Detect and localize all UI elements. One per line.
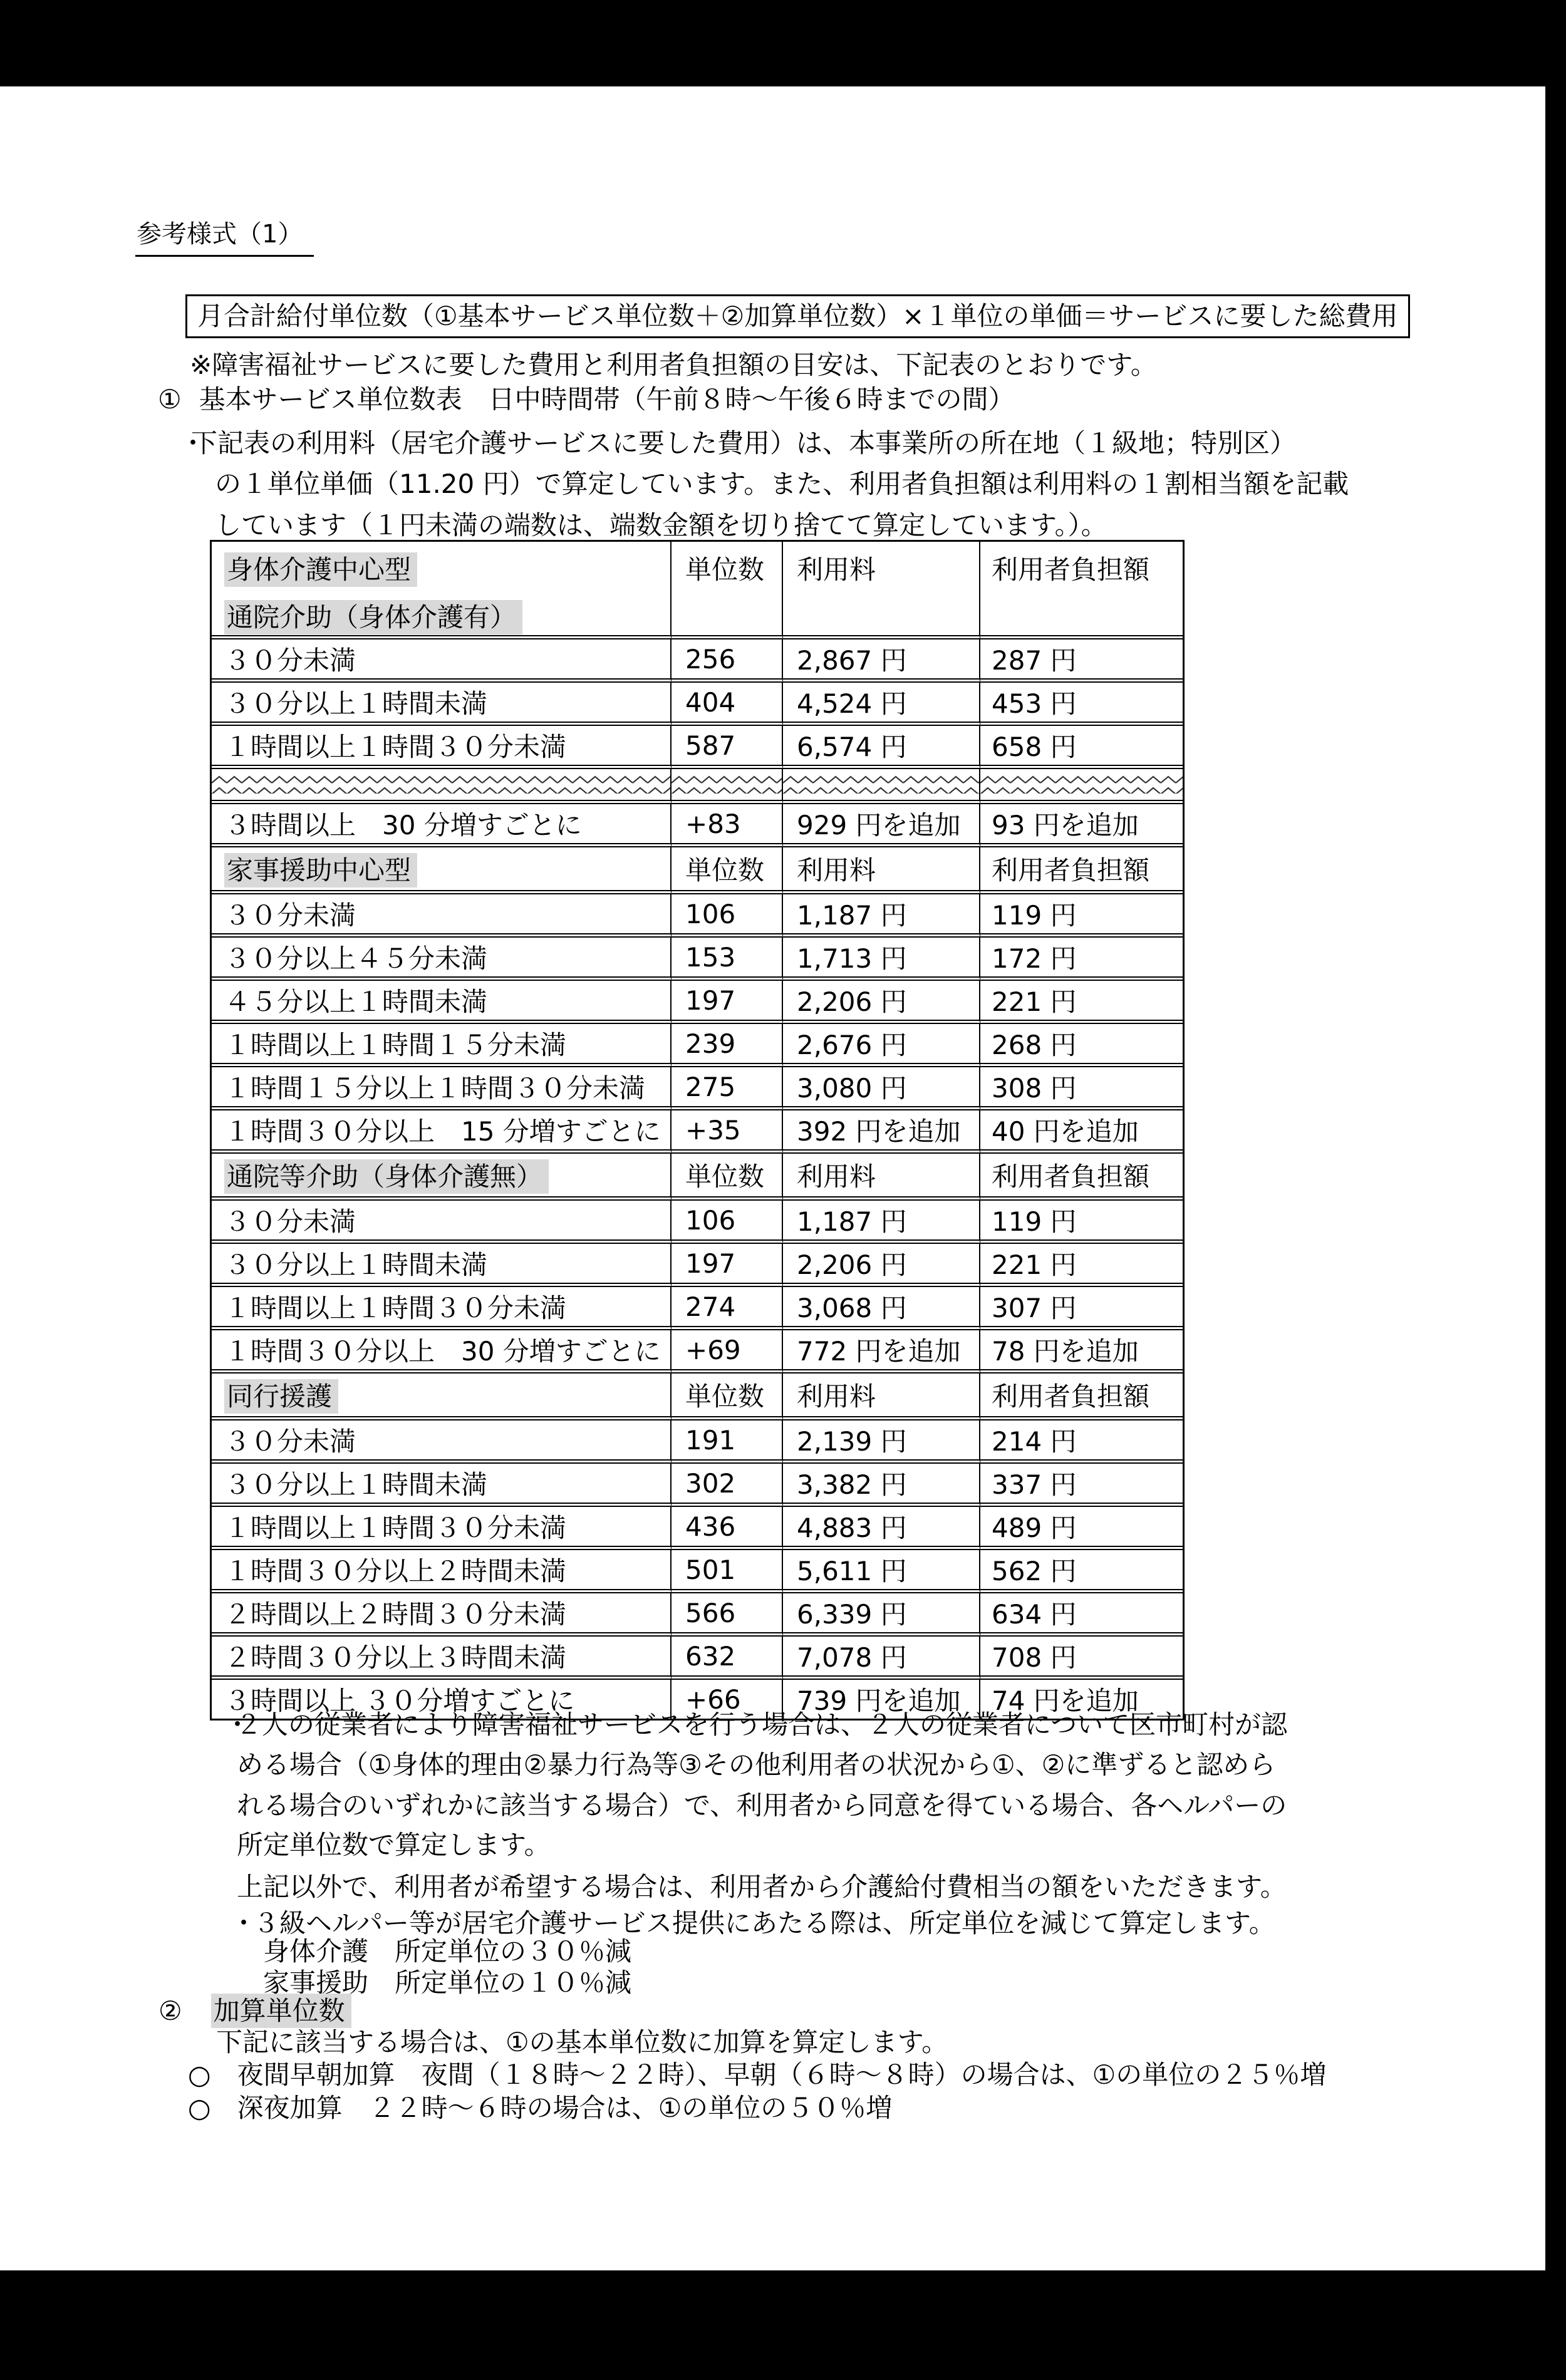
addition-item-line-1: ○夜間早朝加算 夜間（１８時～２２時）、早朝（６時～８時）の場合は、①の単位の２… — [188, 2059, 1326, 2091]
cell-units: 566 — [672, 1593, 783, 1637]
note2-text-1: ２人の従業者により障害福祉サービスを行う場合は、２人の従業者について区市町村が認 — [236, 1709, 1287, 1740]
table-row: ３０分未満2562,867 円287 円 — [212, 639, 1183, 683]
cell-units: 275 — [672, 1067, 783, 1110]
service-type-label: 同行援護 — [224, 1379, 338, 1414]
cell-fee: 2,676 円 — [783, 1024, 980, 1067]
col-header-service: 同行援護 — [212, 1374, 672, 1420]
note2-text-3: れる場合のいずれかに該当する場合）で、利用者から同意を得ている場合、各ヘルパーの — [237, 1790, 1287, 1821]
cell-fee: 929 円を追加 — [783, 804, 980, 847]
cell-user-charge: 119 円 — [980, 1201, 1183, 1244]
cell-duration: １時間３０分以上２時間未満 — [212, 1550, 672, 1593]
addition-item-line-2: ○深夜加算 ２２時～６時の場合は、①の単位の５０％増 — [188, 2092, 892, 2124]
page-title: 参考様式（1） — [135, 220, 314, 257]
zigzag-break-icon — [212, 775, 670, 794]
cell-fee: 6,339 円 — [783, 1593, 980, 1637]
note2-text-4: 所定単位数で算定します。 — [237, 1829, 551, 1860]
circle-marker: ○ — [188, 2093, 211, 2123]
cell-fee: 772 円を追加 — [783, 1330, 980, 1374]
cell-fee: 4,883 円 — [783, 1507, 980, 1550]
table-row: ２時間３０分以上３時間未満6327,078 円708 円 — [212, 1637, 1183, 1680]
col-header-user-charge: 利用者負担額 — [980, 1374, 1183, 1420]
cell-units: 106 — [672, 1201, 783, 1244]
cell-duration: １時間３０分以上 30 分増すごとに — [212, 1330, 672, 1374]
cell-duration: １時間以上１時間３０分未満 — [212, 1507, 672, 1550]
cell-units: +35 — [672, 1110, 783, 1154]
cell-units: 239 — [672, 1024, 783, 1067]
zigzag-cell — [783, 769, 980, 804]
col-header-fee: 利用料 — [783, 1374, 980, 1420]
cell-units: 587 — [672, 726, 783, 769]
section2-heading-line: ②加算単位数 — [158, 1995, 351, 2027]
cell-duration: ３０分以上４５分未満 — [212, 938, 672, 981]
section1-bullet-text-2: の１単位単価（11.20 円）で算定しています。また、利用者負担額は利用料の１割… — [215, 468, 1349, 499]
cell-units: 302 — [672, 1464, 783, 1507]
section1-bullet-text-3: しています（１円未満の端数は、端数金額を切り捨てて算定しています。）。 — [215, 510, 1107, 541]
col-header-service: 通院等介助（身体介護無） — [212, 1154, 672, 1201]
section2-heading: 加算単位数 — [211, 1994, 351, 2028]
cell-user-charge: 337 円 — [980, 1464, 1183, 1507]
col-header-units: 単位数 — [672, 1374, 783, 1420]
cell-fee: 2,206 円 — [783, 1244, 980, 1287]
cell-fee: 392 円を追加 — [783, 1110, 980, 1154]
cell-user-charge: 708 円 — [980, 1637, 1183, 1680]
cell-duration: １時間以上１時間３０分未満 — [212, 1287, 672, 1330]
zigzag-break-icon — [783, 775, 979, 794]
zigzag-cell — [672, 769, 783, 804]
document-page: 参考様式（1） 月合計給付単位数（①基本サービス単位数＋②加算単位数）×１単位の… — [0, 86, 1545, 2270]
col-header-fee: 利用料 — [783, 542, 980, 639]
section2-number: ② — [158, 1995, 182, 2026]
note2-text-2: める場合（①身体的理由②暴力行為等③その他利用者の状況から①、②に準ずると認めら — [237, 1749, 1275, 1780]
zigzag-cell — [980, 769, 1183, 804]
col-header-user-charge: 利用者負担額 — [980, 1154, 1183, 1201]
section1-bullet-text-1: 下記表の利用料（居宅介護サービスに要した費用）は、本事業所の所在地（１級地；特別… — [191, 428, 1296, 458]
col-header-user-charge: 利用者負担額 — [980, 542, 1183, 639]
table-row: １時間以上１時間３０分未満2743,068 円307 円 — [212, 1287, 1183, 1330]
cell-duration: １時間３０分以上 15 分増すごとに — [212, 1110, 672, 1154]
scan-canvas: 参考様式（1） 月合計給付単位数（①基本サービス単位数＋②加算単位数）×１単位の… — [0, 0, 1566, 2380]
cell-duration: ３時間以上 30 分増すごとに — [212, 804, 672, 847]
col-header-units: 単位数 — [672, 542, 783, 639]
service-type-label: 通院介助（身体介護有） — [224, 600, 522, 634]
section1-heading-line: ①基本サービス単位数表 日中時間帯（午前８時～午後６時までの間） — [158, 383, 1015, 416]
section-header-row: 家事援助中心型単位数利用料利用者負担額 — [212, 847, 1183, 894]
cell-units: 274 — [672, 1287, 783, 1330]
col-header-service: 身体介護中心型通院介助（身体介護有） — [212, 542, 672, 639]
formula-box: 月合計給付単位数（①基本サービス単位数＋②加算単位数）×１単位の単価＝サービスに… — [185, 294, 1410, 338]
cell-user-charge: 562 円 — [980, 1550, 1183, 1593]
service-type-label: 身体介護中心型 — [224, 552, 417, 587]
cell-fee: 3,382 円 — [783, 1464, 980, 1507]
cell-user-charge: 221 円 — [980, 981, 1183, 1024]
cell-duration: ３０分以上１時間未満 — [212, 1464, 672, 1507]
cell-user-charge: 308 円 — [980, 1067, 1183, 1110]
addition-item-text-1: 夜間早朝加算 夜間（１８時～２２時）、早朝（６時～８時）の場合は、①の単位の２５… — [237, 2059, 1327, 2090]
cell-fee: 1,713 円 — [783, 938, 980, 981]
zigzag-cell — [212, 769, 672, 804]
cell-user-charge: 93 円を追加 — [980, 804, 1183, 847]
cell-units: 197 — [672, 981, 783, 1024]
section-header-row: 同行援護単位数利用料利用者負担額 — [212, 1374, 1183, 1420]
zigzag-break-icon — [672, 775, 782, 794]
section2-intro-line: 下記に該当する場合は、①の基本単位数に加算を算定します。 — [216, 2026, 948, 2059]
cell-user-charge: 287 円 — [980, 639, 1183, 683]
cell-fee: 5,611 円 — [783, 1550, 980, 1593]
cell-units: 436 — [672, 1507, 783, 1550]
cell-duration: １時間１５分以上１時間３０分未満 — [212, 1067, 672, 1110]
col-header-fee: 利用料 — [783, 847, 980, 894]
cell-duration: ２時間３０分以上３時間未満 — [212, 1637, 672, 1680]
page-title-line: 参考様式（1） — [135, 217, 314, 251]
table-row: ３０分未満1061,187 円119 円 — [212, 1201, 1183, 1244]
circle-marker: ○ — [188, 2059, 211, 2090]
bullet-marker: ・ — [224, 1709, 236, 1741]
table-row: ３０分以上４５分未満1531,713 円172 円 — [212, 938, 1183, 981]
table-row: １時間以上１時間１５分未満2392,676 円268 円 — [212, 1024, 1183, 1067]
table-row: １時間以上１時間３０分未満4364,883 円489 円 — [212, 1507, 1183, 1550]
table-row: １時間１５分以上１時間３０分未満2753,080 円308 円 — [212, 1067, 1183, 1110]
table-row: １時間３０分以上 15 分増すごとに+35392 円を追加40 円を追加 — [212, 1110, 1183, 1154]
cell-fee: 1,187 円 — [783, 1201, 980, 1244]
cell-user-charge: 307 円 — [980, 1287, 1183, 1330]
cell-duration: ３０分未満 — [212, 894, 672, 938]
cell-user-charge: 78 円を追加 — [980, 1330, 1183, 1374]
table-row: ３０分以上１時間未満4044,524 円453 円 — [212, 683, 1183, 726]
table-row: ３０分以上１時間未満1972,206 円221 円 — [212, 1244, 1183, 1287]
cell-units: +83 — [672, 804, 783, 847]
cell-fee: 6,574 円 — [783, 726, 980, 769]
section2-intro: 下記に該当する場合は、①の基本単位数に加算を算定します。 — [216, 2027, 948, 2057]
cell-duration: ３０分以上１時間未満 — [212, 1244, 672, 1287]
cell-units: 404 — [672, 683, 783, 726]
service-type-label: 家事援助中心型 — [224, 853, 417, 887]
cell-fee: 7,078 円 — [783, 1637, 980, 1680]
cell-duration: ３０分未満 — [212, 1201, 672, 1244]
fee-table: 身体介護中心型通院介助（身体介護有）単位数利用料利用者負担額３０分未満2562,… — [210, 540, 1185, 1720]
note3-text: ３級ヘルパー等が居宅介護サービス提供にあたる際は、所定単位を減じて算定します。 — [253, 1908, 1275, 1938]
cell-user-charge: 489 円 — [980, 1507, 1183, 1550]
service-type-label: 通院等介助（身体介護無） — [224, 1159, 549, 1194]
col-header-user-charge: 利用者負担額 — [980, 847, 1183, 894]
note-line: ※障害福祉サービスに要した費用と利用者負担額の目安は、下記表のとおりです。 — [190, 349, 1157, 381]
note3-sub-text-1: 身体介護 所定単位の３０％減 — [263, 1936, 631, 1967]
cell-units: 632 — [672, 1637, 783, 1680]
table-row: ３０分未満1061,187 円119 円 — [212, 894, 1183, 938]
section-header-row: 通院等介助（身体介護無）単位数利用料利用者負担額 — [212, 1154, 1183, 1201]
cell-user-charge: 40 円を追加 — [980, 1110, 1183, 1154]
note2-line-3: れる場合のいずれかに該当する場合）で、利用者から同意を得ている場合、各ヘルパーの — [237, 1789, 1287, 1822]
cell-units: 106 — [672, 894, 783, 938]
cell-fee: 1,187 円 — [783, 894, 980, 938]
cell-fee: 4,524 円 — [783, 683, 980, 726]
table-row: ３時間以上 30 分増すごとに+83929 円を追加93 円を追加 — [212, 804, 1183, 847]
section1-bullet-line-3: しています（１円未満の端数は、端数金額を切り捨てて算定しています。）。 — [215, 509, 1107, 542]
cell-duration: ３０分未満 — [212, 1420, 672, 1464]
cell-user-charge: 172 円 — [980, 938, 1183, 981]
table-row: ４５分以上１時間未満1972,206 円221 円 — [212, 981, 1183, 1024]
note2-line-2: める場合（①身体的理由②暴力行為等③その他利用者の状況から①、②に準ずると認めら — [237, 1749, 1275, 1781]
cell-fee: 2,867 円 — [783, 639, 980, 683]
note2-line-5: 上記以外で、利用者が希望する場合は、利用者から介護給付費相当の額をいただきます。 — [237, 1871, 1287, 1903]
note2-text-5: 上記以外で、利用者が希望する場合は、利用者から介護給付費相当の額をいただきます。 — [237, 1871, 1287, 1902]
table-row: １時間以上１時間３０分未満5876,574 円658 円 — [212, 726, 1183, 769]
col-header-units: 単位数 — [672, 1154, 783, 1201]
note-text: ※障害福祉サービスに要した費用と利用者負担額の目安は、下記表のとおりです。 — [190, 349, 1157, 380]
col-header-fee: 利用料 — [783, 1154, 980, 1201]
cell-user-charge: 658 円 — [980, 726, 1183, 769]
cell-duration: １時間以上１時間１５分未満 — [212, 1024, 672, 1067]
cell-fee: 3,080 円 — [783, 1067, 980, 1110]
table-row: ３０分未満1912,139 円214 円 — [212, 1420, 1183, 1464]
note2-bullet-line-1: ・２人の従業者により障害福祉サービスを行う場合は、２人の従業者について区市町村が… — [224, 1709, 1287, 1741]
section1-bullet-line-2: の１単位単価（11.20 円）で算定しています。また、利用者負担額は利用料の１割… — [215, 468, 1349, 500]
cell-units: 501 — [672, 1550, 783, 1593]
bullet-marker: ・ — [231, 1907, 253, 1940]
table-row: １時間３０分以上 30 分増すごとに+69772 円を追加78 円を追加 — [212, 1330, 1183, 1374]
cell-duration: １時間以上１時間３０分未満 — [212, 726, 672, 769]
zigzag-break-icon — [980, 775, 1183, 794]
cell-user-charge: 221 円 — [980, 1244, 1183, 1287]
cell-duration: ４５分以上１時間未満 — [212, 981, 672, 1024]
addition-item-text-2: 深夜加算 ２２時～６時の場合は、①の単位の５０％増 — [237, 2093, 893, 2123]
table-break-row — [212, 769, 1183, 804]
col-header-service: 家事援助中心型 — [212, 847, 672, 894]
section1-number: ① — [158, 384, 182, 415]
table-row: ３０分以上１時間未満3023,382 円337 円 — [212, 1464, 1183, 1507]
note2-line-4: 所定単位数で算定します。 — [237, 1829, 551, 1861]
cell-duration: ３０分以上１時間未満 — [212, 683, 672, 726]
table-row: １時間３０分以上２時間未満5015,611 円562 円 — [212, 1550, 1183, 1593]
cell-units: 197 — [672, 1244, 783, 1287]
col-header-units: 単位数 — [672, 847, 783, 894]
cell-fee: 2,206 円 — [783, 981, 980, 1024]
note3-sub-line-1: 身体介護 所定単位の３０％減 — [263, 1935, 631, 1968]
cell-units: 191 — [672, 1420, 783, 1464]
section1-bullet-line-1: ・下記表の利用料（居宅介護サービスに要した費用）は、本事業所の所在地（１級地；特… — [180, 427, 1296, 460]
table-header-row: 身体介護中心型通院介助（身体介護有）単位数利用料利用者負担額 — [212, 542, 1183, 639]
cell-user-charge: 634 円 — [980, 1593, 1183, 1637]
bullet-marker: ・ — [180, 427, 191, 460]
cell-duration: ３０分未満 — [212, 639, 672, 683]
cell-fee: 3,068 円 — [783, 1287, 980, 1330]
cell-units: 256 — [672, 639, 783, 683]
cell-user-charge: 268 円 — [980, 1024, 1183, 1067]
formula-text: 月合計給付単位数（①基本サービス単位数＋②加算単位数）×１単位の単価＝サービスに… — [197, 301, 1398, 331]
cell-user-charge: 214 円 — [980, 1420, 1183, 1464]
cell-fee: 2,139 円 — [783, 1420, 980, 1464]
cell-user-charge: 453 円 — [980, 683, 1183, 726]
cell-user-charge: 119 円 — [980, 894, 1183, 938]
cell-units: 153 — [672, 938, 783, 981]
table-row: ２時間以上２時間３０分未満5666,339 円634 円 — [212, 1593, 1183, 1637]
cell-duration: ２時間以上２時間３０分未満 — [212, 1593, 672, 1637]
section1-heading: 基本サービス単位数表 日中時間帯（午前８時～午後６時までの間） — [199, 384, 1015, 415]
cell-units: +69 — [672, 1330, 783, 1374]
